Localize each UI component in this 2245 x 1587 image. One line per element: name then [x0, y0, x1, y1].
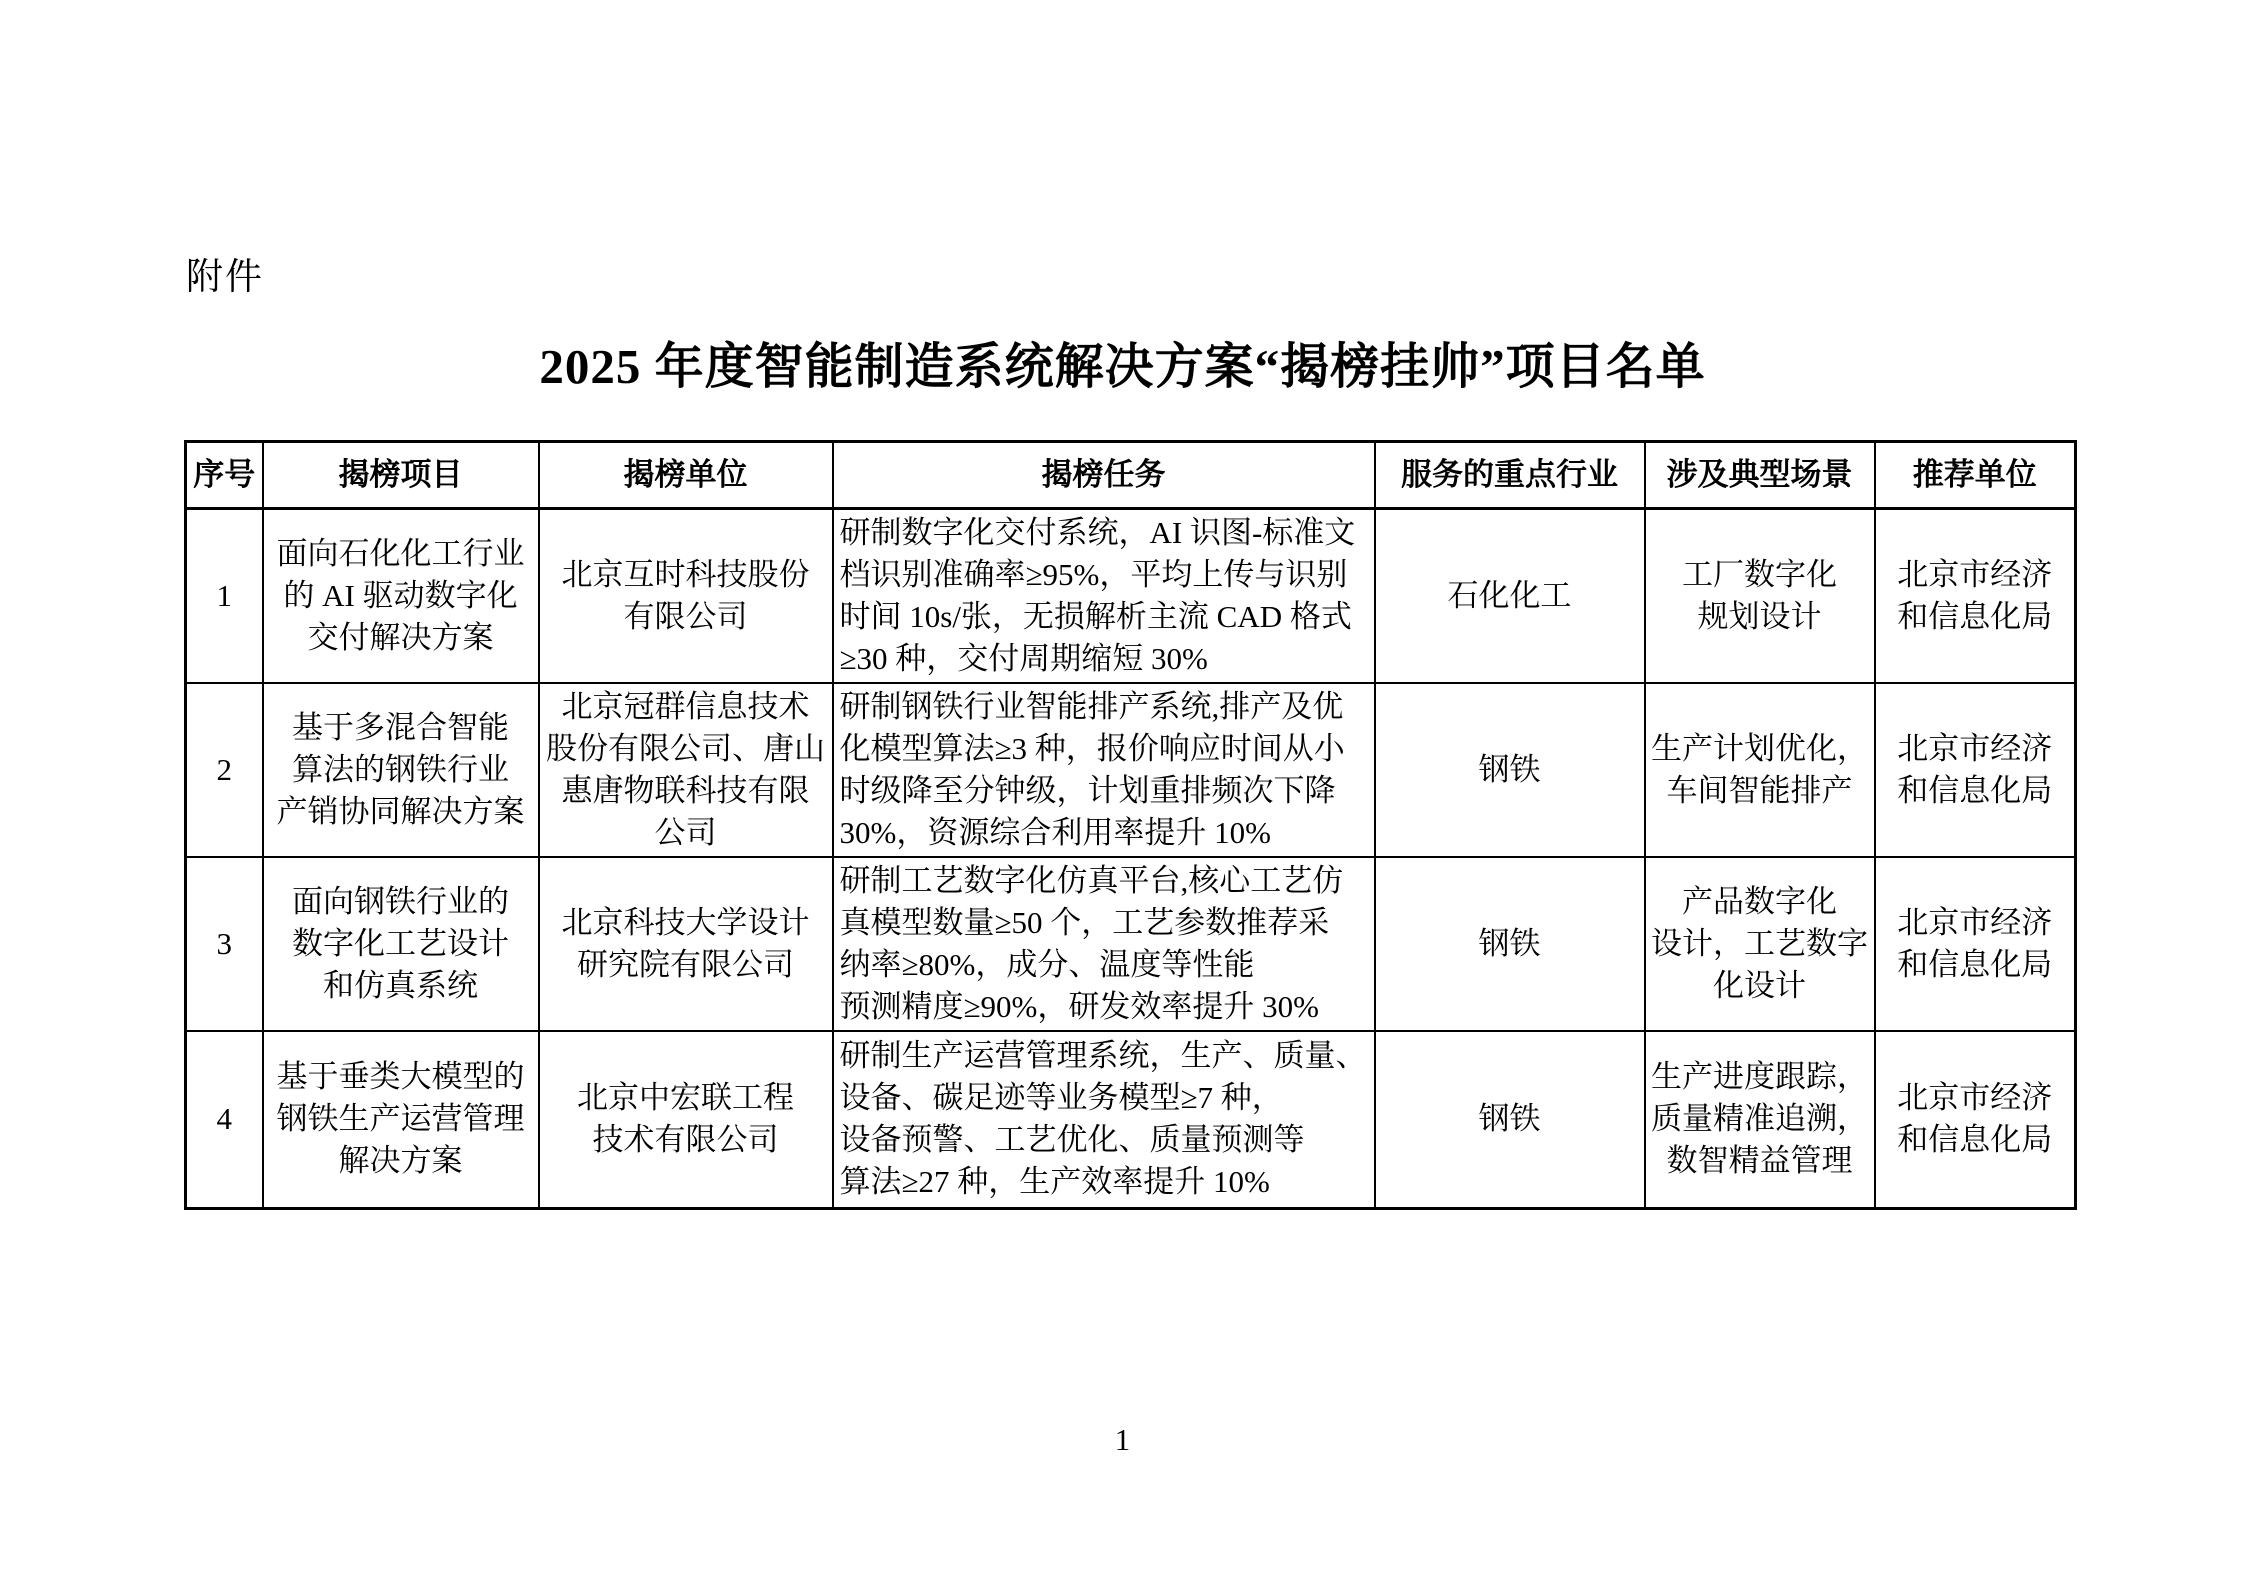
- cell-project: 面向石化化工行业 的 AI 驱动数字化 交付解决方案: [263, 509, 539, 684]
- header-recommender: 推荐单位: [1875, 442, 2076, 509]
- cell-task: 研制数字化交付系统，AI 识图-标准文 档识别准确率≥95%，平均上传与识别 时…: [833, 509, 1375, 684]
- table-row: 4 基于垂类大模型的 钢铁生产运营管理 解决方案 北京中宏联工程 技术有限公司 …: [186, 1031, 2076, 1208]
- cell-scenario: 产品数字化 设计，工艺数字 化设计: [1645, 857, 1875, 1031]
- header-project: 揭榜项目: [263, 442, 539, 509]
- table-header-row: 序号 揭榜项目 揭榜单位 揭榜任务 服务的重点行业 涉及典型场景 推荐单位: [186, 442, 2076, 509]
- attachment-label: 附件: [186, 246, 264, 300]
- cell-no: 1: [186, 509, 263, 684]
- cell-project: 基于多混合智能 算法的钢铁行业 产销协同解决方案: [263, 683, 539, 857]
- header-scenario: 涉及典型场景: [1645, 442, 1875, 509]
- cell-recommender: 北京市经济 和信息化局: [1875, 857, 2076, 1031]
- cell-recommender: 北京市经济 和信息化局: [1875, 509, 2076, 684]
- cell-task: 研制钢铁行业智能排产系统,排产及优 化模型算法≥3 种，报价响应时间从小 时级降…: [833, 683, 1375, 857]
- projects-table: 序号 揭榜项目 揭榜单位 揭榜任务 服务的重点行业 涉及典型场景 推荐单位 1 …: [184, 440, 2077, 1210]
- cell-recommender: 北京市经济 和信息化局: [1875, 683, 2076, 857]
- cell-no: 2: [186, 683, 263, 857]
- cell-no: 3: [186, 857, 263, 1031]
- cell-industry: 钢铁: [1375, 1031, 1645, 1208]
- cell-unit: 北京中宏联工程 技术有限公司: [539, 1031, 833, 1208]
- cell-project: 基于垂类大模型的 钢铁生产运营管理 解决方案: [263, 1031, 539, 1208]
- cell-industry: 石化化工: [1375, 509, 1645, 684]
- page-title: 2025 年度智能制造系统解决方案“揭榜挂帅”项目名单: [0, 328, 2245, 398]
- cell-recommender: 北京市经济 和信息化局: [1875, 1031, 2076, 1208]
- cell-industry: 钢铁: [1375, 857, 1645, 1031]
- header-task: 揭榜任务: [833, 442, 1375, 509]
- page-number: 1: [0, 1422, 2245, 1458]
- table-row: 2 基于多混合智能 算法的钢铁行业 产销协同解决方案 北京冠群信息技术 股份有限…: [186, 683, 2076, 857]
- cell-scenario: 生产进度跟踪， 质量精准追溯， 数智精益管理: [1645, 1031, 1875, 1208]
- cell-task: 研制工艺数字化仿真平台,核心工艺仿 真模型数量≥50 个，工艺参数推荐采 纳率≥…: [833, 857, 1375, 1031]
- header-industry: 服务的重点行业: [1375, 442, 1645, 509]
- header-unit: 揭榜单位: [539, 442, 833, 509]
- cell-project: 面向钢铁行业的 数字化工艺设计 和仿真系统: [263, 857, 539, 1031]
- cell-industry: 钢铁: [1375, 683, 1645, 857]
- table-row: 3 面向钢铁行业的 数字化工艺设计 和仿真系统 北京科技大学设计 研究院有限公司…: [186, 857, 2076, 1031]
- cell-unit: 北京科技大学设计 研究院有限公司: [539, 857, 833, 1031]
- header-no: 序号: [186, 442, 263, 509]
- cell-unit: 北京互时科技股份 有限公司: [539, 509, 833, 684]
- cell-task: 研制生产运营管理系统，生产、质量、 设备、碳足迹等业务模型≥7 种， 设备预警、…: [833, 1031, 1375, 1208]
- cell-scenario: 生产计划优化， 车间智能排产: [1645, 683, 1875, 857]
- cell-scenario: 工厂数字化 规划设计: [1645, 509, 1875, 684]
- cell-unit: 北京冠群信息技术 股份有限公司、唐山 惠唐物联科技有限 公司: [539, 683, 833, 857]
- cell-no: 4: [186, 1031, 263, 1208]
- table-row: 1 面向石化化工行业 的 AI 驱动数字化 交付解决方案 北京互时科技股份 有限…: [186, 509, 2076, 684]
